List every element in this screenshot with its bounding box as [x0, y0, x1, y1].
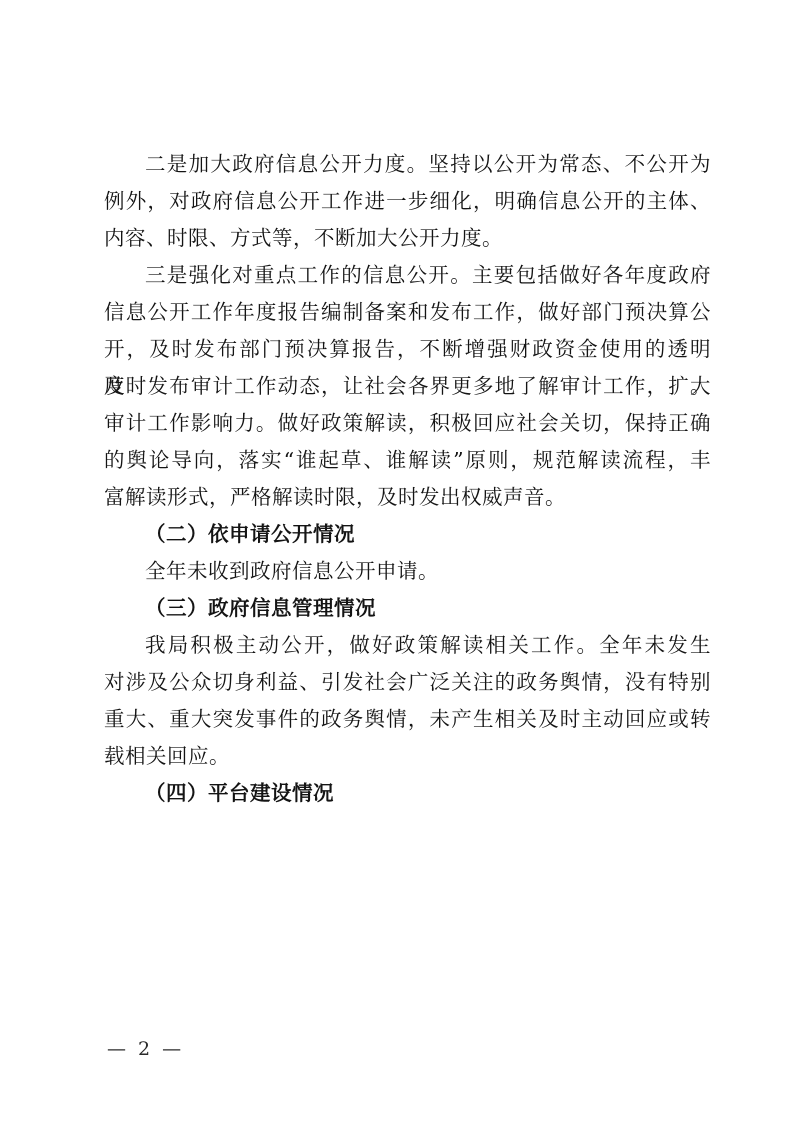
text-line: 重大、重大突发事件的政务舆情，未产生相关及时主动回应或转 [104, 701, 711, 738]
section-heading: （四）平台建设情况 [104, 775, 711, 812]
document-body: 二是加大政府信息公开力度。坚持以公开为常态、不公开为 例外，对政府信息公开工作进… [104, 146, 711, 812]
text-line: 开，及时发布部门预决算报告，不断增强财政资金使用的透明度。 [104, 331, 711, 368]
text-line: 的舆论导向，落实“谁起草、谁解读”原则，规范解读流程，丰 [104, 442, 711, 479]
text-line: 例外，对政府信息公开工作进一步细化，明确信息公开的主体、 [104, 183, 711, 220]
text-line: 我局积极主动公开，做好政策解读相关工作。全年未发生 [104, 627, 711, 664]
text-line: 及时发布审计工作动态，让社会各界更多地了解审计工作，扩大 [104, 368, 711, 405]
text-line: 内容、时限、方式等，不断加大公开力度。 [104, 220, 711, 257]
text-line: 载相关回应。 [104, 738, 711, 775]
text-line: 三是强化对重点工作的信息公开。主要包括做好各年度政府 [104, 257, 711, 294]
text-line: 二是加大政府信息公开力度。坚持以公开为常态、不公开为 [104, 146, 711, 183]
text-line: 审计工作影响力。做好政策解读，积极回应社会关切，保持正确 [104, 405, 711, 442]
document-page: 二是加大政府信息公开力度。坚持以公开为常态、不公开为 例外，对政府信息公开工作进… [0, 0, 793, 1122]
text-line: 富解读形式，严格解读时限，及时发出权威声音。 [104, 479, 711, 516]
section-heading: （二）依申请公开情况 [104, 516, 711, 553]
page-number: — 2 — [107, 1038, 184, 1060]
text-line: 对涉及公众切身利益、引发社会广泛关注的政务舆情，没有特别 [104, 664, 711, 701]
section-heading: （三）政府信息管理情况 [104, 590, 711, 627]
text-line: 全年未收到政府信息公开申请。 [104, 553, 711, 590]
text-line: 信息公开工作年度报告编制备案和发布工作，做好部门预决算公 [104, 294, 711, 331]
